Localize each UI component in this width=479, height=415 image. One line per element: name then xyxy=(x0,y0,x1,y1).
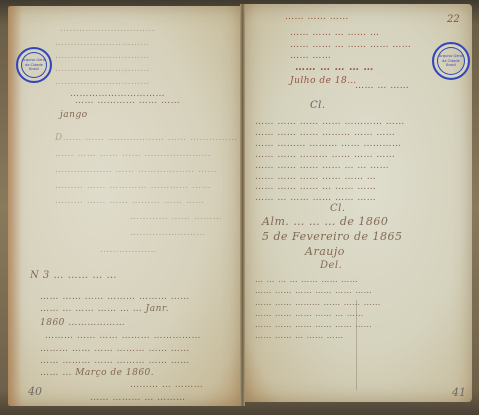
handwriting-line: ……… …… …… ……… …… …… xyxy=(55,196,205,206)
handwriting-line: Alm. … … … de 1860 xyxy=(262,215,388,228)
handwriting-line: …… … Março de 1860. xyxy=(40,368,154,378)
handwriting-line: … … … … …… …… …… xyxy=(255,275,358,284)
handwriting-line: ……… …… ………… ………… …… xyxy=(55,181,211,191)
handwriting-line: Cl. xyxy=(310,100,326,111)
handwriting-line: …… …… …… …… … …… xyxy=(255,309,364,318)
handwriting-line: ………………………… xyxy=(60,24,155,34)
handwriting-line: ………………………… xyxy=(55,64,150,74)
handwriting-line: …… …… …… …… ………………… xyxy=(55,149,211,159)
handwriting-line: N 3 … …… … … xyxy=(30,270,117,281)
handwriting-line: jango xyxy=(60,110,88,120)
archive-stamp-right: Arquivo Geral da Cidade Brasil xyxy=(432,42,470,80)
archive-stamp-left: Arquivo Geral da Cidade Brasil xyxy=(16,47,52,83)
handwriting-line: …… ………… …… …… xyxy=(75,96,180,106)
handwriting-line: 1860 ……………… xyxy=(40,318,125,328)
handwriting-line: …… …… xyxy=(290,51,331,61)
handwriting-line: Araujo xyxy=(305,245,345,258)
handwriting-line: …… …… ……… …… …… …… xyxy=(255,150,395,160)
handwriting-line: Del. xyxy=(320,260,342,271)
handwriting-line: Julho de 18… xyxy=(290,76,357,86)
handwriting-line: …… …… …… … …… …… xyxy=(255,182,376,192)
handwriting-line: …… …… …… …… …… …… xyxy=(255,286,372,295)
handwriting-line: …… ……… … ……… xyxy=(90,393,186,403)
handwriting-line: …… … …… xyxy=(355,81,409,91)
handwriting-line: …… … … … … xyxy=(295,62,374,73)
handwriting-line: …… ……… ……… …… ………… xyxy=(255,139,401,149)
handwriting-line: ……… … ……… xyxy=(130,380,203,390)
stamp-line: Brasil xyxy=(29,67,39,72)
handwriting-line: ………… …… ……… xyxy=(130,212,222,222)
handwriting-line: ……… …… …… ……… …………… xyxy=(45,331,201,341)
folio-number-left: 40 xyxy=(28,385,42,398)
handwriting-line: …… …… … …… …… xyxy=(255,331,344,340)
folio-number-right: 41 xyxy=(452,386,466,399)
handwriting-line: ………………………… xyxy=(55,77,150,87)
handwriting-line: ……………… xyxy=(100,245,157,255)
handwriting-line: …… ……… …… ……… …… …… xyxy=(40,356,190,366)
handwriting-line: …………………… xyxy=(130,228,206,238)
book-spine xyxy=(240,4,245,406)
handwriting-line: 5 de Fevereiro de 1865 xyxy=(262,230,403,243)
handwriting-line: …… …… …… …… …… …… xyxy=(255,320,372,329)
stamp-line: Brasil xyxy=(446,63,456,68)
handwriting-line: …… …… …… xyxy=(285,12,349,22)
handwriting-line: Cl. xyxy=(330,203,346,214)
handwriting-line: …… …… …… ……… ……… …… xyxy=(40,292,190,302)
handwriting-line: …… …… … …… … xyxy=(290,28,379,38)
page-number-right: 22 xyxy=(447,14,460,25)
handwriting-line: …… …… …… ……… …… …… xyxy=(255,128,395,138)
handwriting-line: …… …… …… …… …… … xyxy=(255,172,376,182)
handwriting-line: D…… …… ……………… …… …………… xyxy=(55,133,238,143)
handwriting-line: …… …… … …… …… …… xyxy=(290,40,411,50)
handwriting-line: ………………………… xyxy=(55,51,150,61)
handwriting-line: …… …… …… …… ………… …… xyxy=(255,117,405,127)
handwriting-line: ……… …… …… ……… …… …… xyxy=(40,344,190,354)
handwriting-line: …… …… ……… …… …… …… xyxy=(255,298,381,307)
handwriting-line: …… …… …… …… … … …… xyxy=(255,161,389,171)
handwriting-line: ………………………… xyxy=(55,38,150,48)
handwriting-line: …… … …… …… … … Janr. xyxy=(40,304,169,314)
handwriting-line: ……………… …… ……………… …… xyxy=(55,165,217,175)
